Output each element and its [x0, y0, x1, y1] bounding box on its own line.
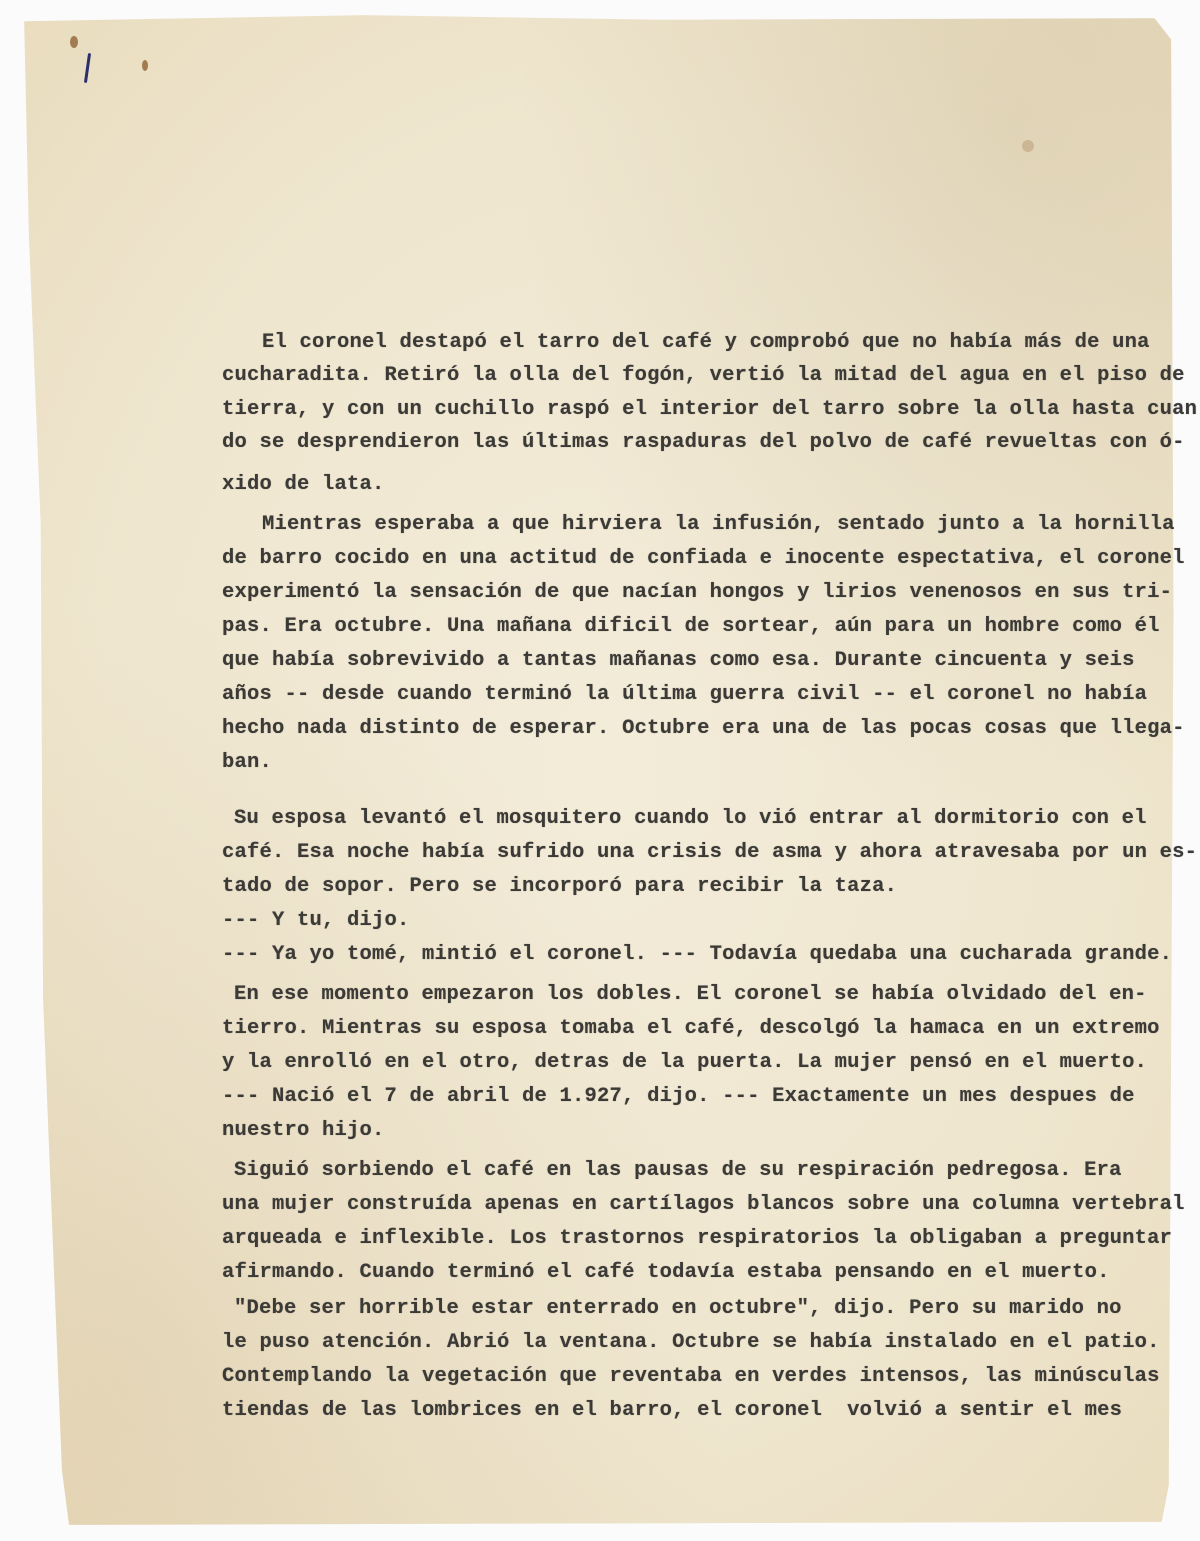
typed-line: experimentó la sensación de que nacían h…	[222, 580, 1172, 606]
typed-line: una mujer construída apenas en cartílago…	[222, 1192, 1185, 1218]
typed-line: hecho nada distinto de esperar. Octubre …	[222, 716, 1185, 742]
scanned-page: El coronel destapó el tarro del café y c…	[0, 0, 1200, 1541]
typed-line: años -- desde cuando terminó la última g…	[222, 682, 1147, 708]
typed-line: café. Esa noche había sufrido una crisis…	[222, 840, 1197, 866]
typed-line: le puso atención. Abrió la ventana. Octu…	[222, 1330, 1160, 1356]
typed-line: de barro cocido en una actitud de confia…	[222, 546, 1185, 572]
typed-line: nuestro hijo.	[222, 1118, 385, 1144]
typed-line: do se desprendieron las últimas raspadur…	[222, 430, 1185, 456]
typed-line: tierra, y con un cuchillo raspó el inter…	[222, 397, 1197, 423]
rust-stain-top-right	[1022, 140, 1034, 152]
typed-line: afirmando. Cuando terminó el café todaví…	[222, 1260, 1110, 1286]
typed-line: arqueada e inflexible. Los trastornos re…	[222, 1226, 1172, 1252]
typed-line: tierro. Mientras su esposa tomaba el caf…	[222, 1016, 1160, 1042]
typed-line: ban.	[222, 750, 272, 776]
typed-line: El coronel destapó el tarro del café y c…	[262, 330, 1150, 356]
typed-line: --- Ya yo tomé, mintió el coronel. --- T…	[222, 942, 1172, 968]
typed-line: xido de lata.	[222, 472, 385, 498]
typed-line: --- Y tu, dijo.	[222, 908, 410, 934]
typed-line: cucharadita. Retiró la olla del fogón, v…	[222, 363, 1185, 389]
typed-line: tiendas de las lombrices en el barro, el…	[222, 1398, 1122, 1424]
typed-line: --- Nació el 7 de abril de 1.927, dijo. …	[222, 1084, 1135, 1110]
rust-stain-top-left	[70, 36, 78, 48]
typed-line: y la enrolló en el otro, detras de la pu…	[222, 1050, 1147, 1076]
typed-line: tado de sopor. Pero se incorporó para re…	[222, 874, 897, 900]
typed-line: Mientras esperaba a que hirviera la infu…	[262, 512, 1175, 538]
typed-line: En ese momento empezaron los dobles. El …	[234, 982, 1147, 1008]
typed-line: Contemplando la vegetación que reventaba…	[222, 1364, 1160, 1390]
typed-line: Su esposa levantó el mosquitero cuando l…	[234, 806, 1147, 832]
typed-line: pas. Era octubre. Una mañana dificil de …	[222, 614, 1160, 640]
rust-stain-top-center	[142, 60, 148, 71]
typed-line: que había sobrevivido a tantas mañanas c…	[222, 648, 1135, 674]
typed-line: "Debe ser horrible estar enterrado en oc…	[234, 1296, 1122, 1322]
typed-line: Siguió sorbiendo el café en las pausas d…	[234, 1158, 1122, 1184]
